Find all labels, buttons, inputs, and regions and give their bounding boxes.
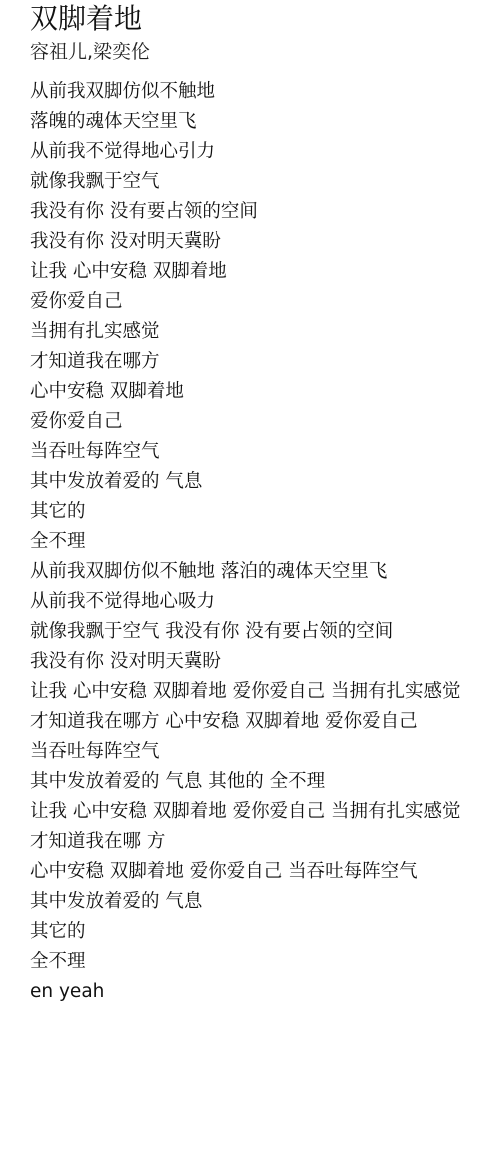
lyric-line: 我没有你 没对明天冀盼 [30, 227, 500, 257]
lyric-line: 全不理 [30, 527, 500, 557]
lyric-line: 让我 心中安稳 双脚着地 爱你爱自己 当拥有扎实感觉 [30, 797, 500, 827]
lyric-line: 才知道我在哪方 心中安稳 双脚着地 爱你爱自己 [30, 707, 500, 737]
lyric-line: 让我 心中安稳 双脚着地 [30, 257, 500, 287]
song-artist: 容祖儿,梁奕伦 [30, 38, 500, 66]
lyric-line: 爱你爱自己 [30, 407, 500, 437]
lyric-line: 全不理 [30, 947, 500, 977]
lyric-line: 心中安稳 双脚着地 爱你爱自己 当吞吐每阵空气 [30, 857, 500, 887]
lyric-line: 其中发放着爱的 气息 [30, 467, 500, 497]
lyric-line: 心中安稳 双脚着地 [30, 377, 500, 407]
lyric-line: 其它的 [30, 497, 500, 527]
lyric-line: 从前我双脚仿似不触地 [30, 77, 500, 107]
lyrics-page: 双脚着地 容祖儿,梁奕伦 从前我双脚仿似不触地落魄的魂体天空里飞从前我不觉得地心… [30, 0, 500, 1007]
lyric-line: 从前我不觉得地心引力 [30, 137, 500, 167]
lyric-line: 让我 心中安稳 双脚着地 爱你爱自己 当拥有扎实感觉 [30, 677, 500, 707]
lyrics-body: 从前我双脚仿似不触地落魄的魂体天空里飞从前我不觉得地心引力就像我飘于空气我没有你… [30, 77, 500, 1007]
lyric-line: 从前我不觉得地心吸力 [30, 587, 500, 617]
lyric-line: 其它的 [30, 917, 500, 947]
lyric-line: 才知道我在哪方 [30, 347, 500, 377]
song-title: 双脚着地 [30, 0, 500, 38]
lyric-line: 其中发放着爱的 气息 [30, 887, 500, 917]
lyric-line: 当吞吐每阵空气 [30, 737, 500, 767]
lyric-line: 落魄的魂体天空里飞 [30, 107, 500, 137]
lyric-line: 从前我双脚仿似不触地 落泊的魂体天空里飞 [30, 557, 500, 587]
lyric-line: 其中发放着爱的 气息 其他的 全不理 [30, 767, 500, 797]
lyric-line: 就像我飘于空气 我没有你 没有要占领的空间 [30, 617, 500, 647]
lyric-line: 我没有你 没对明天冀盼 [30, 647, 500, 677]
lyric-line: 就像我飘于空气 [30, 167, 500, 197]
lyric-line: 当吞吐每阵空气 [30, 437, 500, 467]
lyric-line: 爱你爱自己 [30, 287, 500, 317]
lyric-line: 我没有你 没有要占领的空间 [30, 197, 500, 227]
lyric-line: 当拥有扎实感觉 [30, 317, 500, 347]
lyric-line: en yeah [30, 977, 500, 1007]
lyric-line: 才知道我在哪 方 [30, 827, 500, 857]
